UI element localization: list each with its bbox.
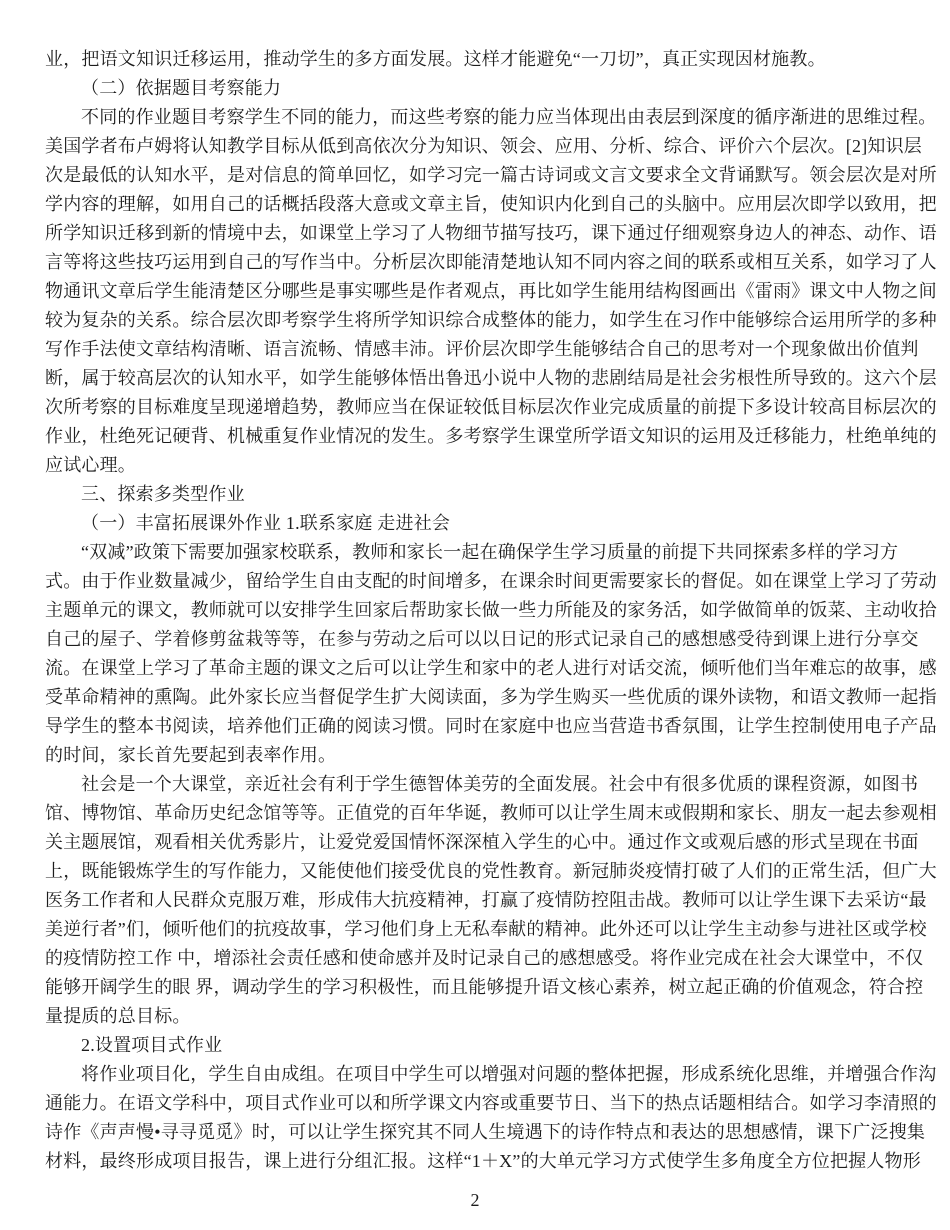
text-line: 上，既能锻炼学生的写作能力，又能使他们接受优良的党性教育。新冠肺炎疫情打破了人们… (45, 857, 940, 886)
text-line: 的时间，家长首先要起到表率作用。 (45, 741, 940, 770)
text-line: 次是最低的认知水平，是对信息的简单回忆，如学习完一篇古诗词或文言文要求全文背诵默… (45, 161, 940, 190)
text-line: “双减”政策下需要加强家校联系，教师和家长一起在确保学生学习质量的前提下共同探索… (45, 538, 940, 567)
text-line: 导学生的整本书阅读，培养他们正确的阅读习惯。同时在家庭中也应当营造书香氛围，让学… (45, 712, 940, 741)
heading-line: 三、探索多类型作业 (45, 480, 940, 509)
text-line: 所学知识迁移到新的情境中去，如课堂上学习了人物细节描写技巧，课下通过仔细观察身边… (45, 219, 940, 248)
text-line: 美国学者布卢姆将认知教学目标从低到高依次分为知识、领会、应用、分析、综合、评价六… (45, 132, 940, 161)
text-line: 医务工作者和人民群众克服万难，形成伟大抗疫精神，打赢了疫情防控阻击战。教师可以让… (45, 886, 940, 915)
text-line: 次所考察的目标难度呈现递增趋势，教师应当在保证较低目标层次作业完成质量的前提下多… (45, 393, 940, 422)
text-line: 较为复杂的关系。综合层次即考察学生将所学知识综合成整体的能力，如学生在习作中能够… (45, 306, 940, 335)
text-line: 自己的屋子、学着修剪盆栽等等，在参与劳动之后可以以日记的形式记录自己的感想感受待… (45, 625, 940, 654)
text-line: 量提质的总目标。 (45, 1002, 940, 1031)
text-line: 能够开阔学生的眼 界，调动学生的学习积极性，而且能够提升语文核心素养，树立起正确… (45, 973, 940, 1002)
text-line: 社会是一个大课堂，亲近社会有利于学生德智体美劳的全面发展。社会中有很多优质的课程… (45, 770, 940, 799)
text-line: 主题单元的课文，教师就可以安排学生回家后帮助家长做一些力所能及的家务活，如学做简… (45, 596, 940, 625)
text-line: 美逆行者”们，倾听他们的抗疫故事，学习他们身上无私奉献的精神。此外还可以让学生主… (45, 915, 940, 944)
text-line: 写作手法使文章结构清晰、语言流畅、情感丰沛。评价层次即学生能够结合自己的思考对一… (45, 335, 940, 364)
text-line: 将作业项目化，学生自由成组。在项目中学生可以增强对问题的整体把握，形成系统化思维… (45, 1060, 940, 1089)
text-line: 材料，最终形成项目报告，课上进行分组汇报。这样“1＋X”的大单元学习方式使学生多… (45, 1147, 940, 1176)
text-line: 物通讯文章后学生能清楚区分哪些是事实哪些是作者观点，再比如学生能用结构图画出《雷… (45, 277, 940, 306)
text-line: 应试心理。 (45, 451, 940, 480)
page-number: 2 (0, 1186, 950, 1215)
heading-line: 2.设置项目式作业 (45, 1031, 940, 1060)
heading-line: （二）依据题目考察能力 (45, 74, 940, 103)
text-line: 流。在课堂上学习了革命主题的课文之后可以让学生和家中的老人进行对话交流，倾听他们… (45, 654, 940, 683)
text-line: 式。由于作业数量减少，留给学生自由支配的时间增多，在课余时间更需要家长的督促。如… (45, 567, 940, 596)
text-line: 业，把语文知识迁移运用，推动学生的多方面发展。这样才能避免“一刀切”，真正实现因… (45, 45, 940, 74)
text-line: 通能力。在语文学科中，项目式作业可以和所学课文内容或重要节日、当下的热点话题相结… (45, 1089, 940, 1118)
text-line: 学内容的理解，如用自己的话概括段落大意或文章主旨，使知识内化到自己的头脑中。应用… (45, 190, 940, 219)
text-line: 言等将这些技巧运用到自己的写作当中。分析层次即能清楚地认知不同内容之间的联系或相… (45, 248, 940, 277)
text-line: 不同的作业题目考察学生不同的能力，而这些考察的能力应当体现出由表层到深度的循序渐… (45, 103, 940, 132)
text-line: 作业，杜绝死记硬背、机械重复作业情况的发生。多考察学生课堂所学语文知识的运用及迁… (45, 422, 940, 451)
document-page: 业，把语文知识迁移运用，推动学生的多方面发展。这样才能避免“一刀切”，真正实现因… (0, 0, 950, 1230)
text-line: 馆、博物馆、革命历史纪念馆等等。正值党的百年华诞，教师可以让学生周末或假期和家长… (45, 799, 940, 828)
heading-line: （一）丰富拓展课外作业 1.联系家庭 走进社会 (45, 509, 940, 538)
text-line: 的疫情防控工作 中，增添社会责任感和使命感并及时记录自己的感想感受。将作业完成在… (45, 944, 940, 973)
text-line: 诗作《声声慢•寻寻觅觅》时，可以让学生探究其不同人生境遇下的诗作特点和表达的思想… (45, 1118, 940, 1147)
text-line: 关主题展馆，观看相关优秀影片，让爱党爱国情怀深深植入学生的心中。通过作文或观后感… (45, 828, 940, 857)
text-line: 断，属于较高层次的认知水平，如学生能够体悟出鲁迅小说中人物的悲剧结局是社会劣根性… (45, 364, 940, 393)
text-line: 受革命精神的熏陶。此外家长应当督促学生扩大阅读面，多为学生购买一些优质的课外读物… (45, 683, 940, 712)
document-body: 业，把语文知识迁移运用，推动学生的多方面发展。这样才能避免“一刀切”，真正实现因… (45, 45, 940, 1176)
